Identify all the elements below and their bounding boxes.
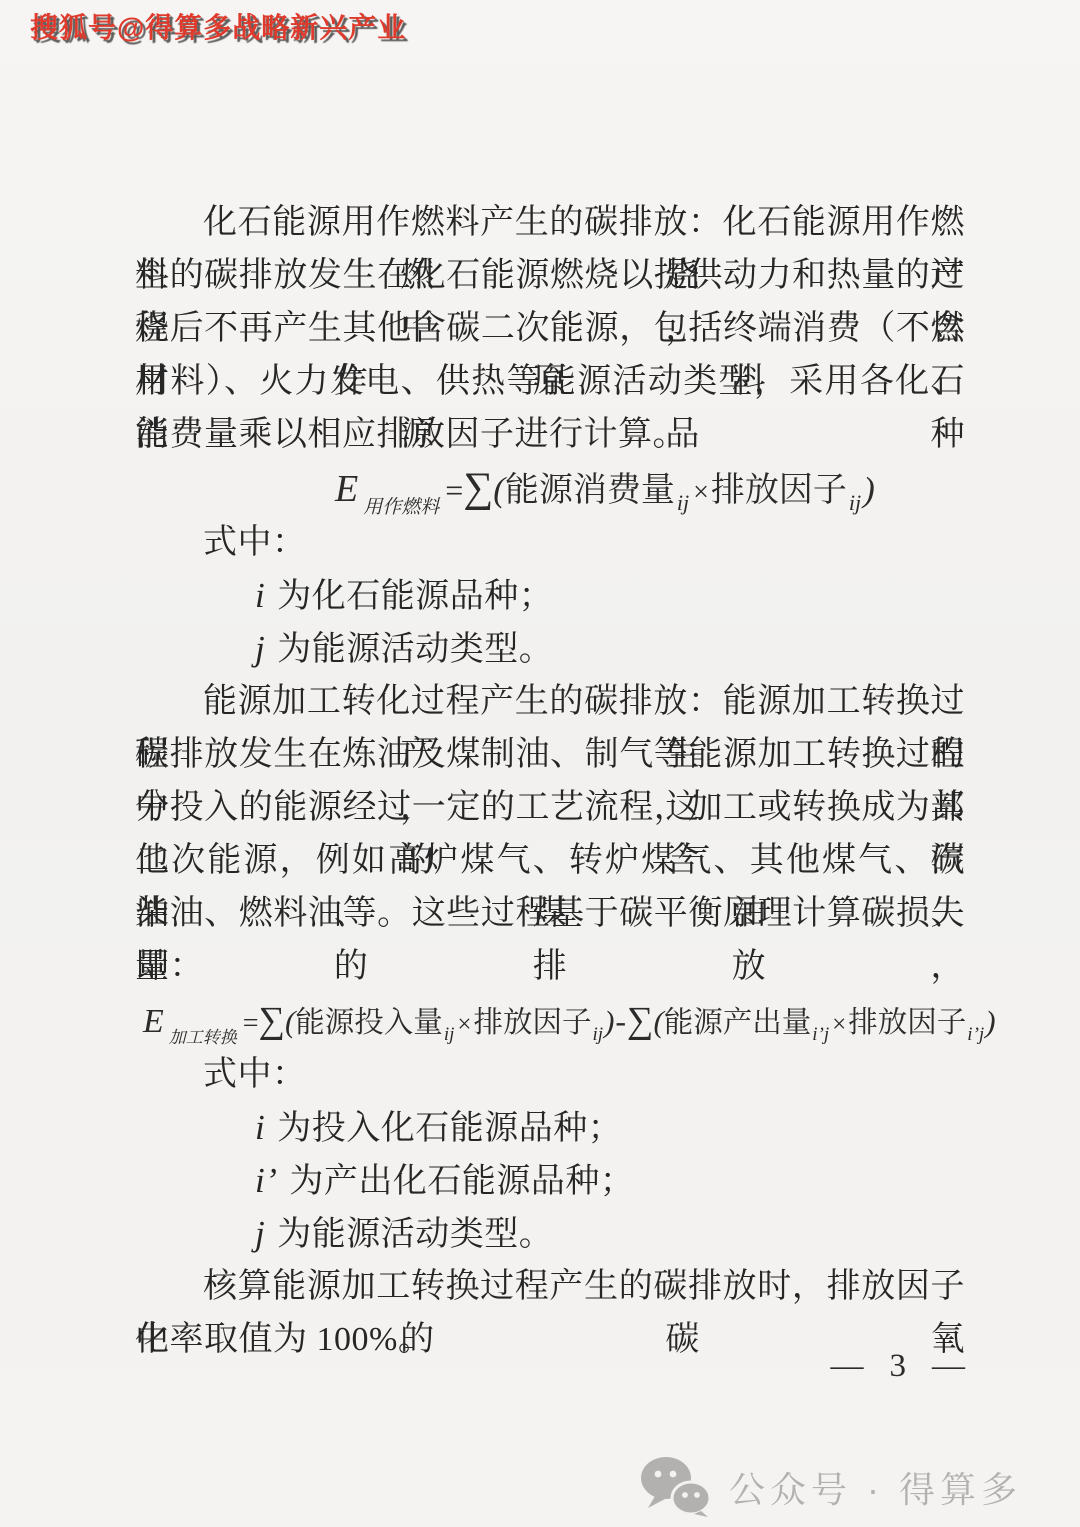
definition-item: j为能源活动类型。 [135,1207,965,1260]
where-label: 式中： [135,516,965,569]
multiply-sign: × [832,1011,846,1038]
body-text-line: 碳排放发生在炼油及煤制油、制气等能源加工转换过程中，这部 [135,728,965,781]
where-label: 式中： [135,1048,965,1101]
paragraph-processing-emission: 能源加工转化过程产生的碳排放：能源加工转换过程产生的 碳排放发生在炼油及煤制油、… [135,675,965,993]
body-text-line: 二次能源，例如高炉煤气、转炉煤气、其他煤气、汽油、煤油、 [135,834,965,887]
body-text-line: 核算能源加工转换过程产生的碳排放时，排放因子中的碳氧 [135,1260,965,1313]
definition-text: 为投入化石能源品种； [277,1110,622,1147]
multiply-sign: × [457,1011,471,1038]
open-paren: ( [493,470,505,509]
definition-item: j为能源活动类型。 [135,622,965,675]
close-paren: ) [604,1004,614,1039]
definition-text: 为化石能源品种； [277,578,553,615]
formula-subscript-ipj: i’j [812,1024,829,1045]
formula-symbol-E: E [143,1003,164,1040]
definition-text: 为产出化石能源品种； [289,1163,634,1200]
open-paren: ( [285,1004,295,1039]
sigma-symbol: ∑ [259,1000,285,1041]
body-text-line: 分投入的能源经过一定的工艺流程，加工或转换成为其他的含碳 [135,781,965,834]
variable-j: j [255,1214,265,1253]
formula-processing-emission: E加工转换=∑(能源投入量ij×排放因子ij)-∑(能源产出量i’j×排放因子i… [135,993,965,1048]
body-text-line: 烧后不再产生其他含碳二次能源，包括终端消费（不含用作原料、 [135,302,965,355]
formula-term: 排放因子 [473,1007,591,1039]
body-text-line: 材料）、火力发电、供热等能源活动类型，采用各化石能源品种 [135,355,965,408]
wechat-icon [639,1456,713,1518]
variable-i-prime: i’ [255,1161,277,1200]
sohu-source-watermark: 搜狐号@得算多战略新兴产业 [30,6,406,46]
variable-j: j [255,629,265,668]
page-number-dash: — [831,1348,864,1384]
formula-symbol-E: E [335,468,358,510]
formula-term: 排放因子 [711,472,847,509]
open-paren: ( [653,1004,663,1039]
multiply-sign: × [693,477,709,508]
formula-subscript-label: 用作燃料 [363,497,439,518]
wechat-watermark-label: 公众号 · 得算多 [729,1462,1022,1513]
body-text-line: 生的碳排放发生在化石能源燃烧以提供动力和热量的过程中，燃 [135,249,965,302]
sigma-symbol: ∑ [463,465,493,511]
formula-subscript-ipj: i’j [967,1024,984,1045]
page-number-value: 3 [890,1348,907,1384]
definition-text: 为能源活动类型。 [277,1216,553,1253]
formula-fuel-emission: E用作燃料=∑(能源消费量ij×排放因子ij) [135,461,965,516]
formula-term: 能源投入量 [295,1007,443,1039]
body-text-line: 柴油、燃料油等。这些过程基于碳平衡原理计算碳损失量的排放， [135,887,965,940]
formula-term: 能源消费量 [505,472,675,509]
body-text-line: 化石能源用作燃料产生的碳排放：化石能源用作燃料燃烧产 [135,196,965,249]
close-paren: ) [863,470,875,509]
minus-sign: - [615,1003,626,1039]
formula-subscript-ij: ij [593,1024,604,1045]
close-paren: ) [985,1004,995,1039]
equals-sign: = [445,472,463,508]
variable-i: i [255,1108,265,1147]
where-clause-1: 式中： i为化石能源品种； j为能源活动类型。 [135,516,965,675]
paragraph-fuel-emission: 化石能源用作燃料产生的碳排放：化石能源用作燃料燃烧产 生的碳排放发生在化石能源燃… [135,196,965,461]
formula-term: 能源产出量 [664,1007,812,1039]
formula-subscript-ij: ij [444,1024,455,1045]
formula-term: 排放因子 [848,1007,966,1039]
variable-i: i [255,576,265,615]
formula-subscript-ij: ij [677,490,689,515]
equals-sign: = [243,1008,259,1039]
definition-item: i为投入化石能源品种； [135,1101,965,1154]
formula-subscript-label: 加工转换 [169,1028,237,1047]
definition-item: i为化石能源品种； [135,569,965,622]
sigma-symbol: ∑ [627,1000,653,1041]
document-body: 化石能源用作燃料产生的碳排放：化石能源用作燃料燃烧产 生的碳排放发生在化石能源燃… [135,196,965,1366]
where-clause-2: 式中： i为投入化石能源品种； i’为产出化石能源品种； j为能源活动类型。 [135,1048,965,1260]
wechat-watermark: 公众号 · 得算多 [639,1452,1022,1522]
page-number-dash: — [932,1348,965,1384]
definition-text: 为能源活动类型。 [277,631,553,668]
formula-subscript-ij: ij [849,490,861,515]
page-number: —3— [135,1340,965,1393]
body-text-line: 能源加工转化过程产生的碳排放：能源加工转换过程产生的 [135,675,965,728]
definition-item: i’为产出化石能源品种； [135,1154,965,1207]
